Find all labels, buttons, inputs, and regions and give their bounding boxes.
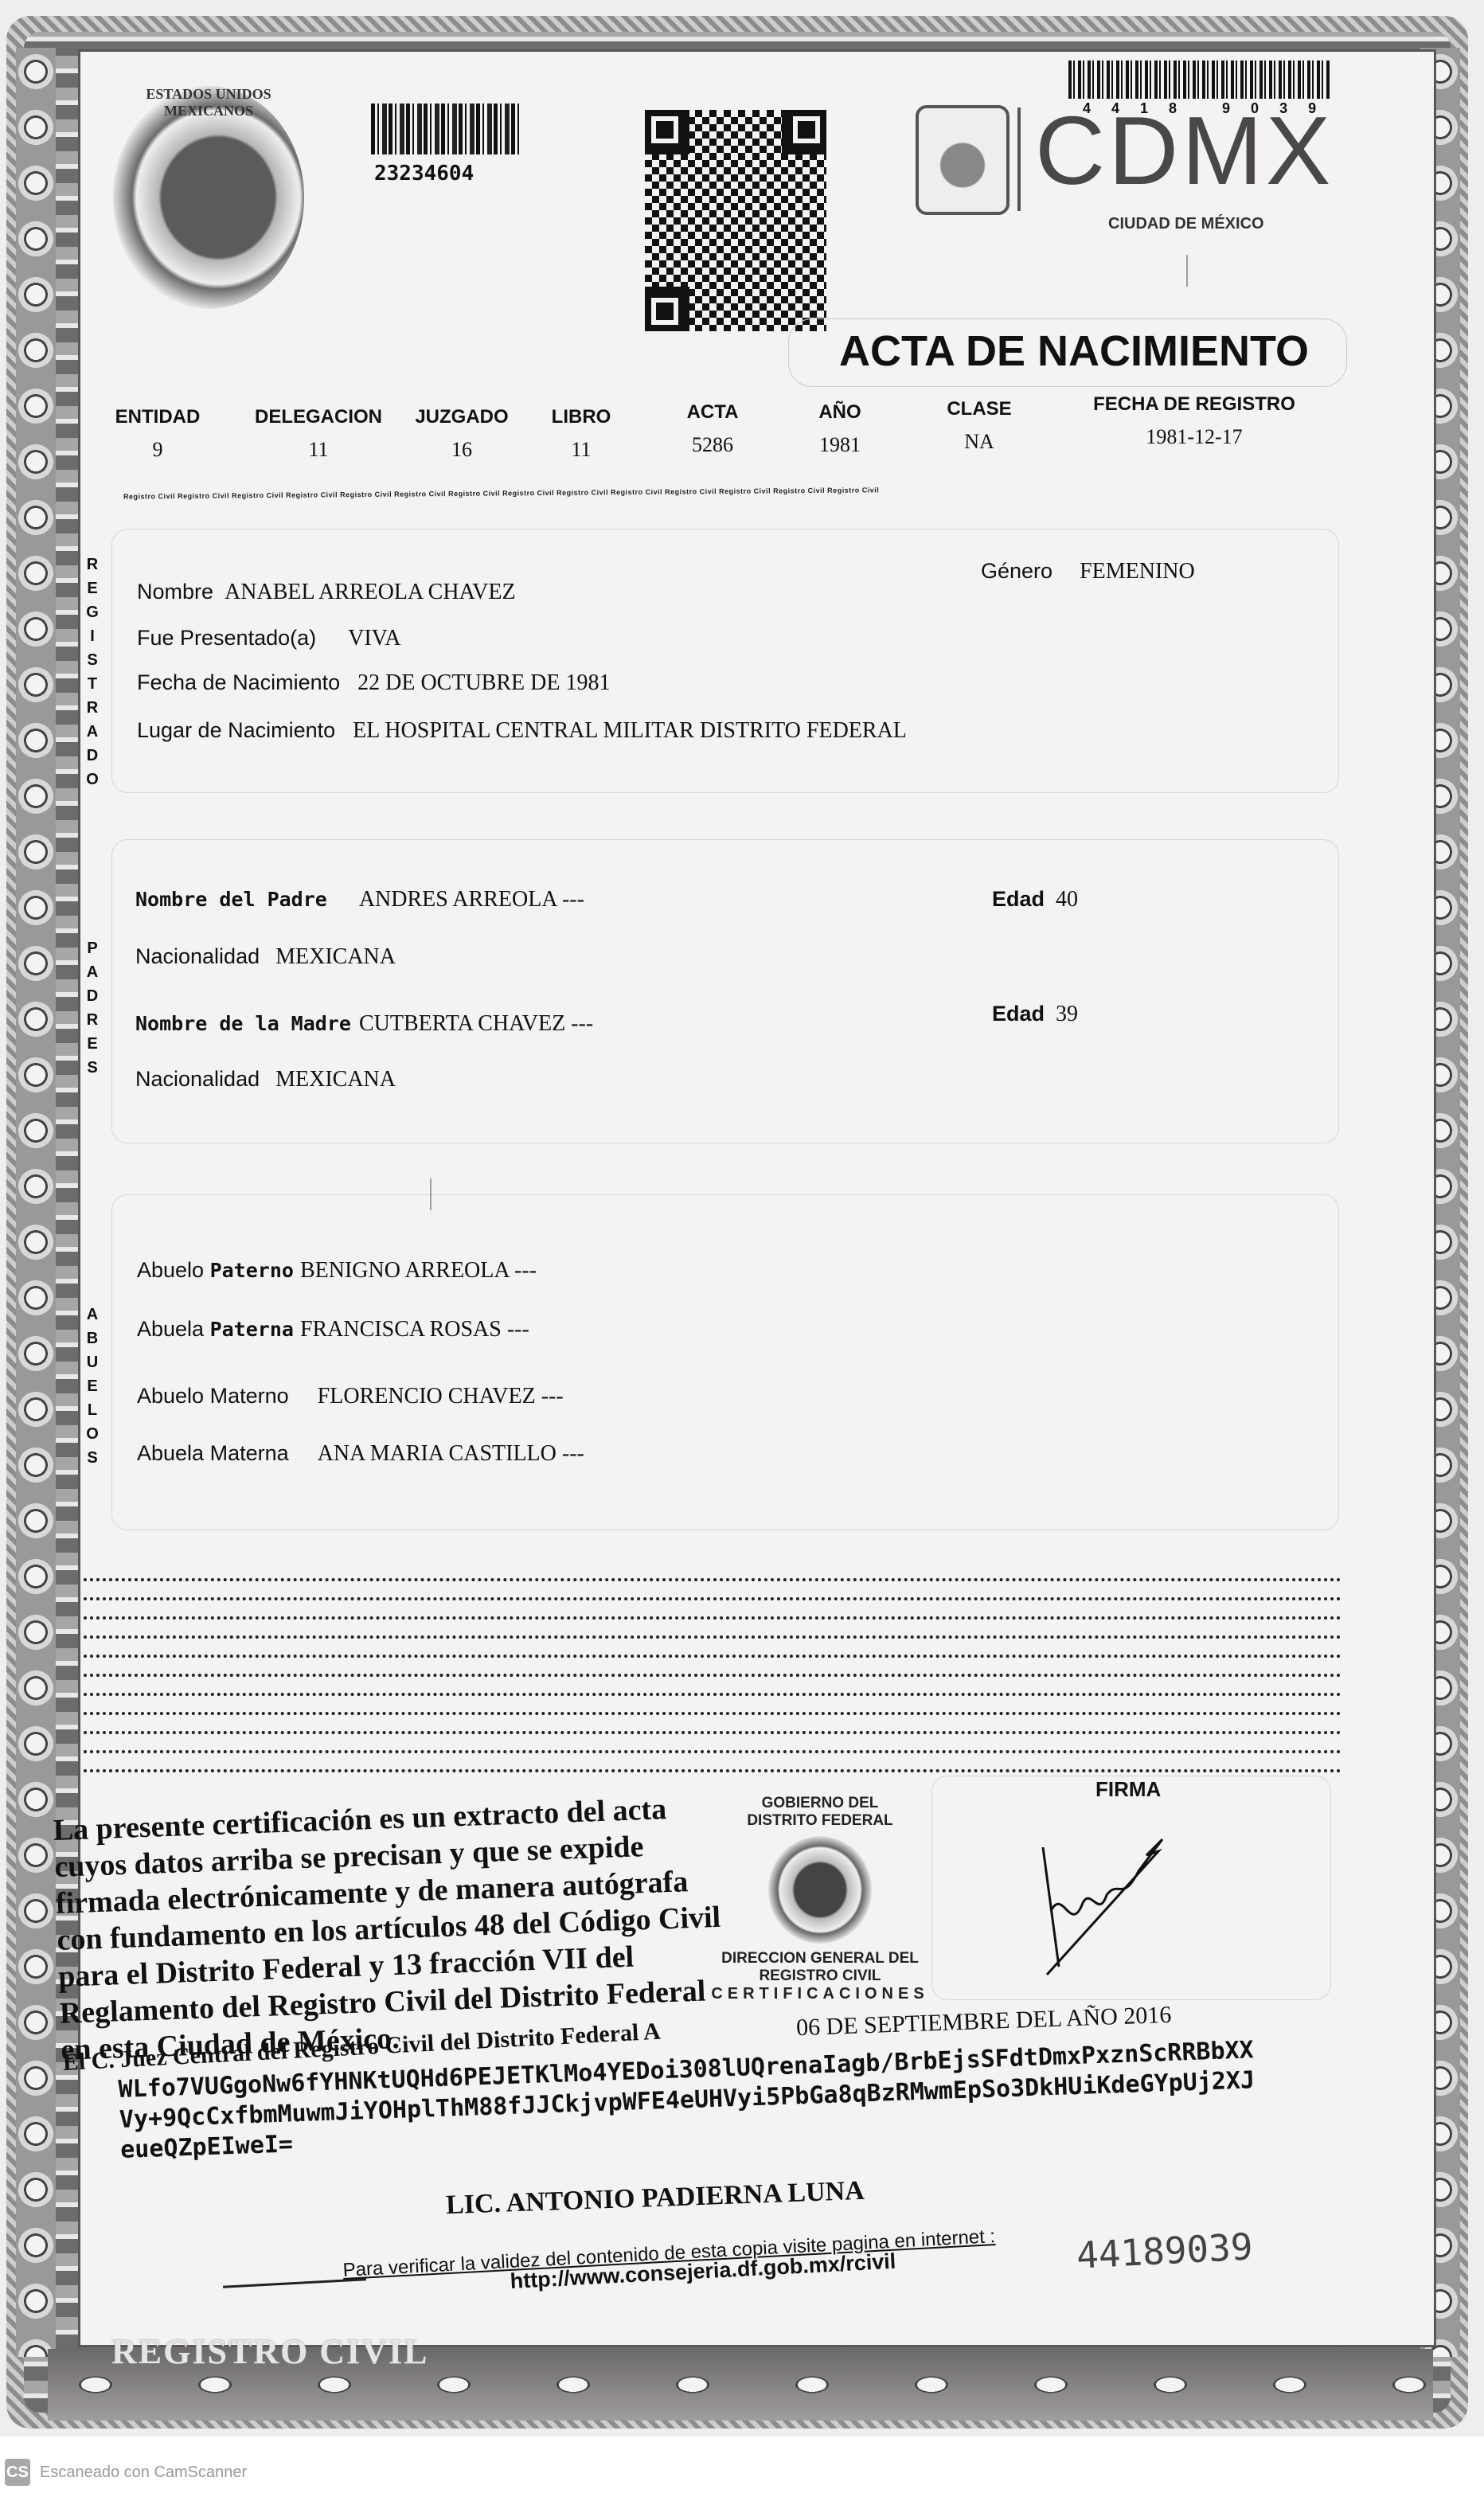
- page-title: ACTA DE NACIMIENTO: [839, 326, 1309, 376]
- nacionalidad-value: MEXICANA: [275, 1067, 396, 1092]
- abuelo-row: Abuela MaternaANA MARIA CASTILLO ---: [137, 1441, 584, 1467]
- vertical-letter: E: [83, 1032, 102, 1056]
- vertical-letter: B: [83, 1327, 102, 1350]
- abuelo-row: Abuela PaternaFRANCISCA ROSAS ---: [137, 1317, 529, 1342]
- registry-field-ano: AÑO 1981: [796, 401, 884, 481]
- vertical-letter: U: [83, 1350, 102, 1374]
- dotted-line: [84, 1635, 1341, 1639]
- vertical-letter: L: [83, 1398, 102, 1422]
- gov-line: GOBIERNO DEL: [709, 1795, 931, 1812]
- field-label: ENTIDAD: [102, 406, 213, 428]
- registry-field-juzgado: JUZGADO 16: [406, 406, 517, 486]
- abuelo-label: Abuela: [137, 1317, 210, 1341]
- field-value: 11: [239, 438, 398, 462]
- dotted-line: [84, 1674, 1341, 1677]
- vertical-letter: I: [83, 624, 102, 648]
- madre-nacionalidad: NacionalidadMEXICANA: [135, 1067, 396, 1092]
- barcode-icon: [1068, 61, 1331, 99]
- logo-separator: [1017, 107, 1021, 211]
- field-value: 16: [406, 438, 517, 462]
- vertical-letter: E: [83, 576, 102, 600]
- padres-section: [111, 839, 1339, 1143]
- registry-field-clase: CLASE NA: [916, 398, 1043, 478]
- fecha-nacimiento-value: 22 DE OCTUBRE DE 1981: [357, 670, 610, 695]
- qr-code-icon: [642, 107, 830, 334]
- abuelo-value: FRANCISCA ROSAS ---: [300, 1317, 529, 1342]
- vertical-letter: O: [83, 768, 102, 791]
- edad-label: Edad: [992, 1002, 1045, 1026]
- abuelo-value: BENIGNO ARREOLA ---: [300, 1258, 537, 1283]
- national-seal-icon: ESTADOS UNIDOS MEXICANOS: [113, 86, 304, 309]
- abuelos-section-label: ABUELOS: [83, 1303, 102, 1470]
- registrado-genero: GéneroFEMENINO: [981, 559, 1195, 584]
- presentado-label: Fue Presentado(a): [137, 626, 316, 650]
- field-value: NA: [916, 430, 1043, 454]
- padres-section-label: PADRES: [83, 936, 102, 1080]
- field-value: 5286: [661, 433, 764, 457]
- abuelo-label-line: Paterno: [210, 1259, 294, 1282]
- nacionalidad-label: Nacionalidad: [135, 944, 260, 968]
- dotted-line: [84, 1712, 1341, 1715]
- cdmx-logo-text: CDMX: [1035, 102, 1334, 199]
- padre-value: ANDRES ARREOLA ---: [359, 887, 584, 912]
- field-label: CLASE: [916, 398, 1043, 420]
- madre-edad: Edad39: [992, 1002, 1078, 1027]
- vertical-letter: E: [83, 1374, 102, 1398]
- nacionalidad-label: Nacionalidad: [135, 1067, 260, 1091]
- nacionalidad-value: MEXICANA: [275, 944, 396, 969]
- stamp-seal-icon: [768, 1836, 872, 1944]
- government-stamp: GOBIERNO DEL DISTRITO FEDERAL DIRECCION …: [709, 1795, 931, 2003]
- vertical-letter: D: [83, 744, 102, 768]
- registrado-presentado: Fue Presentado(a)VIVA: [137, 626, 401, 651]
- dotted-line: [84, 1750, 1341, 1753]
- field-value: 9: [102, 438, 213, 462]
- field-label: AÑO: [796, 401, 884, 424]
- dotted-line: [84, 1731, 1341, 1734]
- genero-value: FEMENINO: [1080, 559, 1195, 584]
- vertical-letter: A: [83, 720, 102, 744]
- registry-field-fecha-registro: FECHA DE REGISTRO 1981-12-17: [1067, 393, 1322, 473]
- abuelo-label: Abuelo: [137, 1384, 210, 1408]
- lugar-nacimiento-value: EL HOSPITAL CENTRAL MILITAR DISTRITO FED…: [353, 718, 907, 743]
- gov-line: DISTRITO FEDERAL: [709, 1812, 931, 1830]
- camscanner-label: Escaneado con CamScanner: [40, 2464, 247, 2482]
- vertical-label-text: PADRES: [83, 936, 102, 1080]
- edad-value: 40: [1056, 887, 1078, 912]
- padre-label: Nombre del Padre: [135, 888, 327, 911]
- seal-text: ESTADOS UNIDOS MEXICANOS: [113, 86, 304, 119]
- vertical-letter: R: [83, 1008, 102, 1032]
- vertical-letter: T: [83, 672, 102, 696]
- genero-label: Género: [981, 559, 1052, 583]
- vertical-letter: A: [83, 1303, 102, 1327]
- vertical-letter: O: [83, 1422, 102, 1446]
- registry-field-libro: LIBRO 11: [533, 406, 629, 486]
- blank-annotation-lines: [84, 1577, 1341, 1784]
- dotted-line: [84, 1616, 1341, 1620]
- field-label: DELEGACION: [239, 406, 398, 428]
- cdmx-logo-subtitle: CIUDAD DE MÉXICO: [1108, 215, 1264, 233]
- registro-civil-watermark: REGISTRO CIVIL: [111, 2331, 428, 2372]
- field-label: ACTA: [661, 401, 764, 424]
- document-serial: 44189039: [1076, 2225, 1254, 2277]
- madre-label: Nombre de la Madre: [135, 1012, 351, 1035]
- qr-finder-icon: [787, 110, 826, 150]
- registry-field-delegacion: DELEGACION 11: [239, 406, 398, 486]
- edad-label: Edad: [992, 887, 1045, 911]
- registrado-nombre: NombreANABEL ARREOLA CHAVEZ: [137, 580, 516, 605]
- pen-mark: [430, 1178, 432, 1210]
- fecha-nacimiento-label: Fecha de Nacimiento: [137, 670, 340, 694]
- presentado-value: VIVA: [348, 626, 400, 651]
- abuelo-label: Abuelo: [137, 1258, 210, 1282]
- vertical-letter: R: [83, 553, 102, 576]
- registrado-fecha-nacimiento: Fecha de Nacimiento22 DE OCTUBRE DE 1981: [137, 670, 610, 696]
- registry-field-acta: ACTA 5286: [661, 401, 764, 481]
- dotted-line: [84, 1693, 1341, 1696]
- handwritten-signature-icon: [1027, 1823, 1170, 1983]
- field-label: LIBRO: [533, 406, 629, 428]
- vertical-letter: D: [83, 984, 102, 1008]
- padre-nombre: Nombre del PadreANDRES ARREOLA ---: [135, 887, 584, 912]
- field-value: 1981: [796, 433, 884, 457]
- nombre-label: Nombre: [137, 580, 213, 604]
- abuelo-value: FLORENCIO CHAVEZ ---: [318, 1384, 564, 1409]
- vertical-letter: S: [83, 1446, 102, 1470]
- abuelos-section: [111, 1194, 1339, 1530]
- border-pattern-left: [16, 48, 56, 2357]
- vertical-letter: S: [83, 648, 102, 672]
- abuelo-row: Abuelo PaternoBENIGNO ARREOLA ---: [137, 1258, 537, 1284]
- abuelo-value: ANA MARIA CASTILLO ---: [318, 1441, 584, 1466]
- dotted-line: [84, 1769, 1341, 1772]
- dotted-line: [84, 1578, 1341, 1581]
- dotted-line: [84, 1655, 1341, 1658]
- cdmx-emblem-icon: [916, 105, 1010, 215]
- lugar-nacimiento-label: Lugar de Nacimiento: [137, 718, 335, 742]
- registrado-section-label: REGISTRADO: [83, 553, 102, 791]
- abuelo-label: Abuela: [137, 1441, 210, 1465]
- field-label: JUZGADO: [406, 406, 517, 428]
- signature-label: FIRMA: [1095, 1777, 1161, 1802]
- field-value: 11: [533, 438, 629, 462]
- pen-mark: [1186, 255, 1188, 287]
- dir-line: REGISTRO CIVIL: [709, 1967, 931, 1985]
- field-label: FECHA DE REGISTRO: [1067, 393, 1322, 416]
- dir-line: CERTIFICACIONES: [709, 1985, 931, 2003]
- padre-nacionalidad: NacionalidadMEXICANA: [135, 944, 396, 970]
- field-value: 1981-12-17: [1067, 425, 1322, 449]
- qr-finder-icon: [645, 110, 685, 150]
- madre-nombre: Nombre de la MadreCUTBERTA CHAVEZ ---: [135, 1011, 593, 1037]
- vertical-label-text: ABUELOS: [83, 1303, 102, 1470]
- camscanner-logo-icon: CS: [5, 2459, 30, 2486]
- vertical-letter: A: [83, 960, 102, 984]
- abuelo-row: Abuelo MaternoFLORENCIO CHAVEZ ---: [137, 1384, 564, 1409]
- vertical-letter: R: [83, 696, 102, 720]
- dir-line: DIRECCION GENERAL DEL: [709, 1950, 931, 1967]
- nombre-value: ANABEL ARREOLA CHAVEZ: [225, 580, 516, 604]
- vertical-letter: G: [83, 600, 102, 624]
- barcode-number: 23234604: [374, 162, 474, 186]
- vertical-letter: S: [83, 1056, 102, 1080]
- vertical-letter: P: [83, 936, 102, 960]
- abuelo-label-line: Materna: [210, 1441, 289, 1465]
- registry-field-entidad: ENTIDAD 9: [102, 406, 213, 486]
- qr-finder-icon: [645, 291, 685, 331]
- dotted-line: [84, 1597, 1341, 1600]
- registrado-lugar-nacimiento: Lugar de NacimientoEL HOSPITAL CENTRAL M…: [137, 718, 907, 744]
- abuelo-label-line: Materno: [210, 1384, 289, 1408]
- padre-edad: Edad40: [992, 887, 1078, 912]
- barcode-icon: [371, 104, 522, 154]
- madre-value: CUTBERTA CHAVEZ ---: [359, 1011, 593, 1036]
- abuelo-label-line: Paterna: [210, 1318, 294, 1341]
- edad-value: 39: [1056, 1002, 1078, 1026]
- vertical-label-text: REGISTRADO: [83, 553, 102, 791]
